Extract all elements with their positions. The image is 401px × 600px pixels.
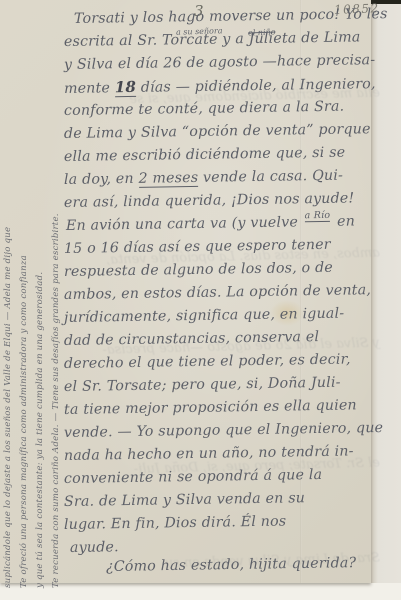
margin-note: y que tú sea la contestante: ya la tiene…: [35, 13, 45, 588]
line-text: mente: [64, 80, 115, 97]
emphasized-number: 18: [115, 78, 137, 97]
margin-note: Te recuerda con sumo cariño Adela. — Tie…: [51, 13, 61, 588]
underlined-phrase: 2 meses: [138, 170, 198, 188]
line-text: la doy, en: [64, 171, 139, 188]
margin-note: suplicándole que lo dejaste a los sueños…: [3, 13, 13, 588]
manuscript-scan: ella me escribió diciéndome que, si se a…: [0, 0, 401, 600]
margin-note: Te ofreció una persona magnífica como ad…: [19, 13, 29, 588]
line-text: vende la casa. Qui-: [198, 168, 343, 186]
line-text: En avión una carta va (y vuelve: [66, 214, 303, 234]
interline-insertion: a Río: [305, 210, 331, 222]
line-text: en: [332, 213, 355, 229]
